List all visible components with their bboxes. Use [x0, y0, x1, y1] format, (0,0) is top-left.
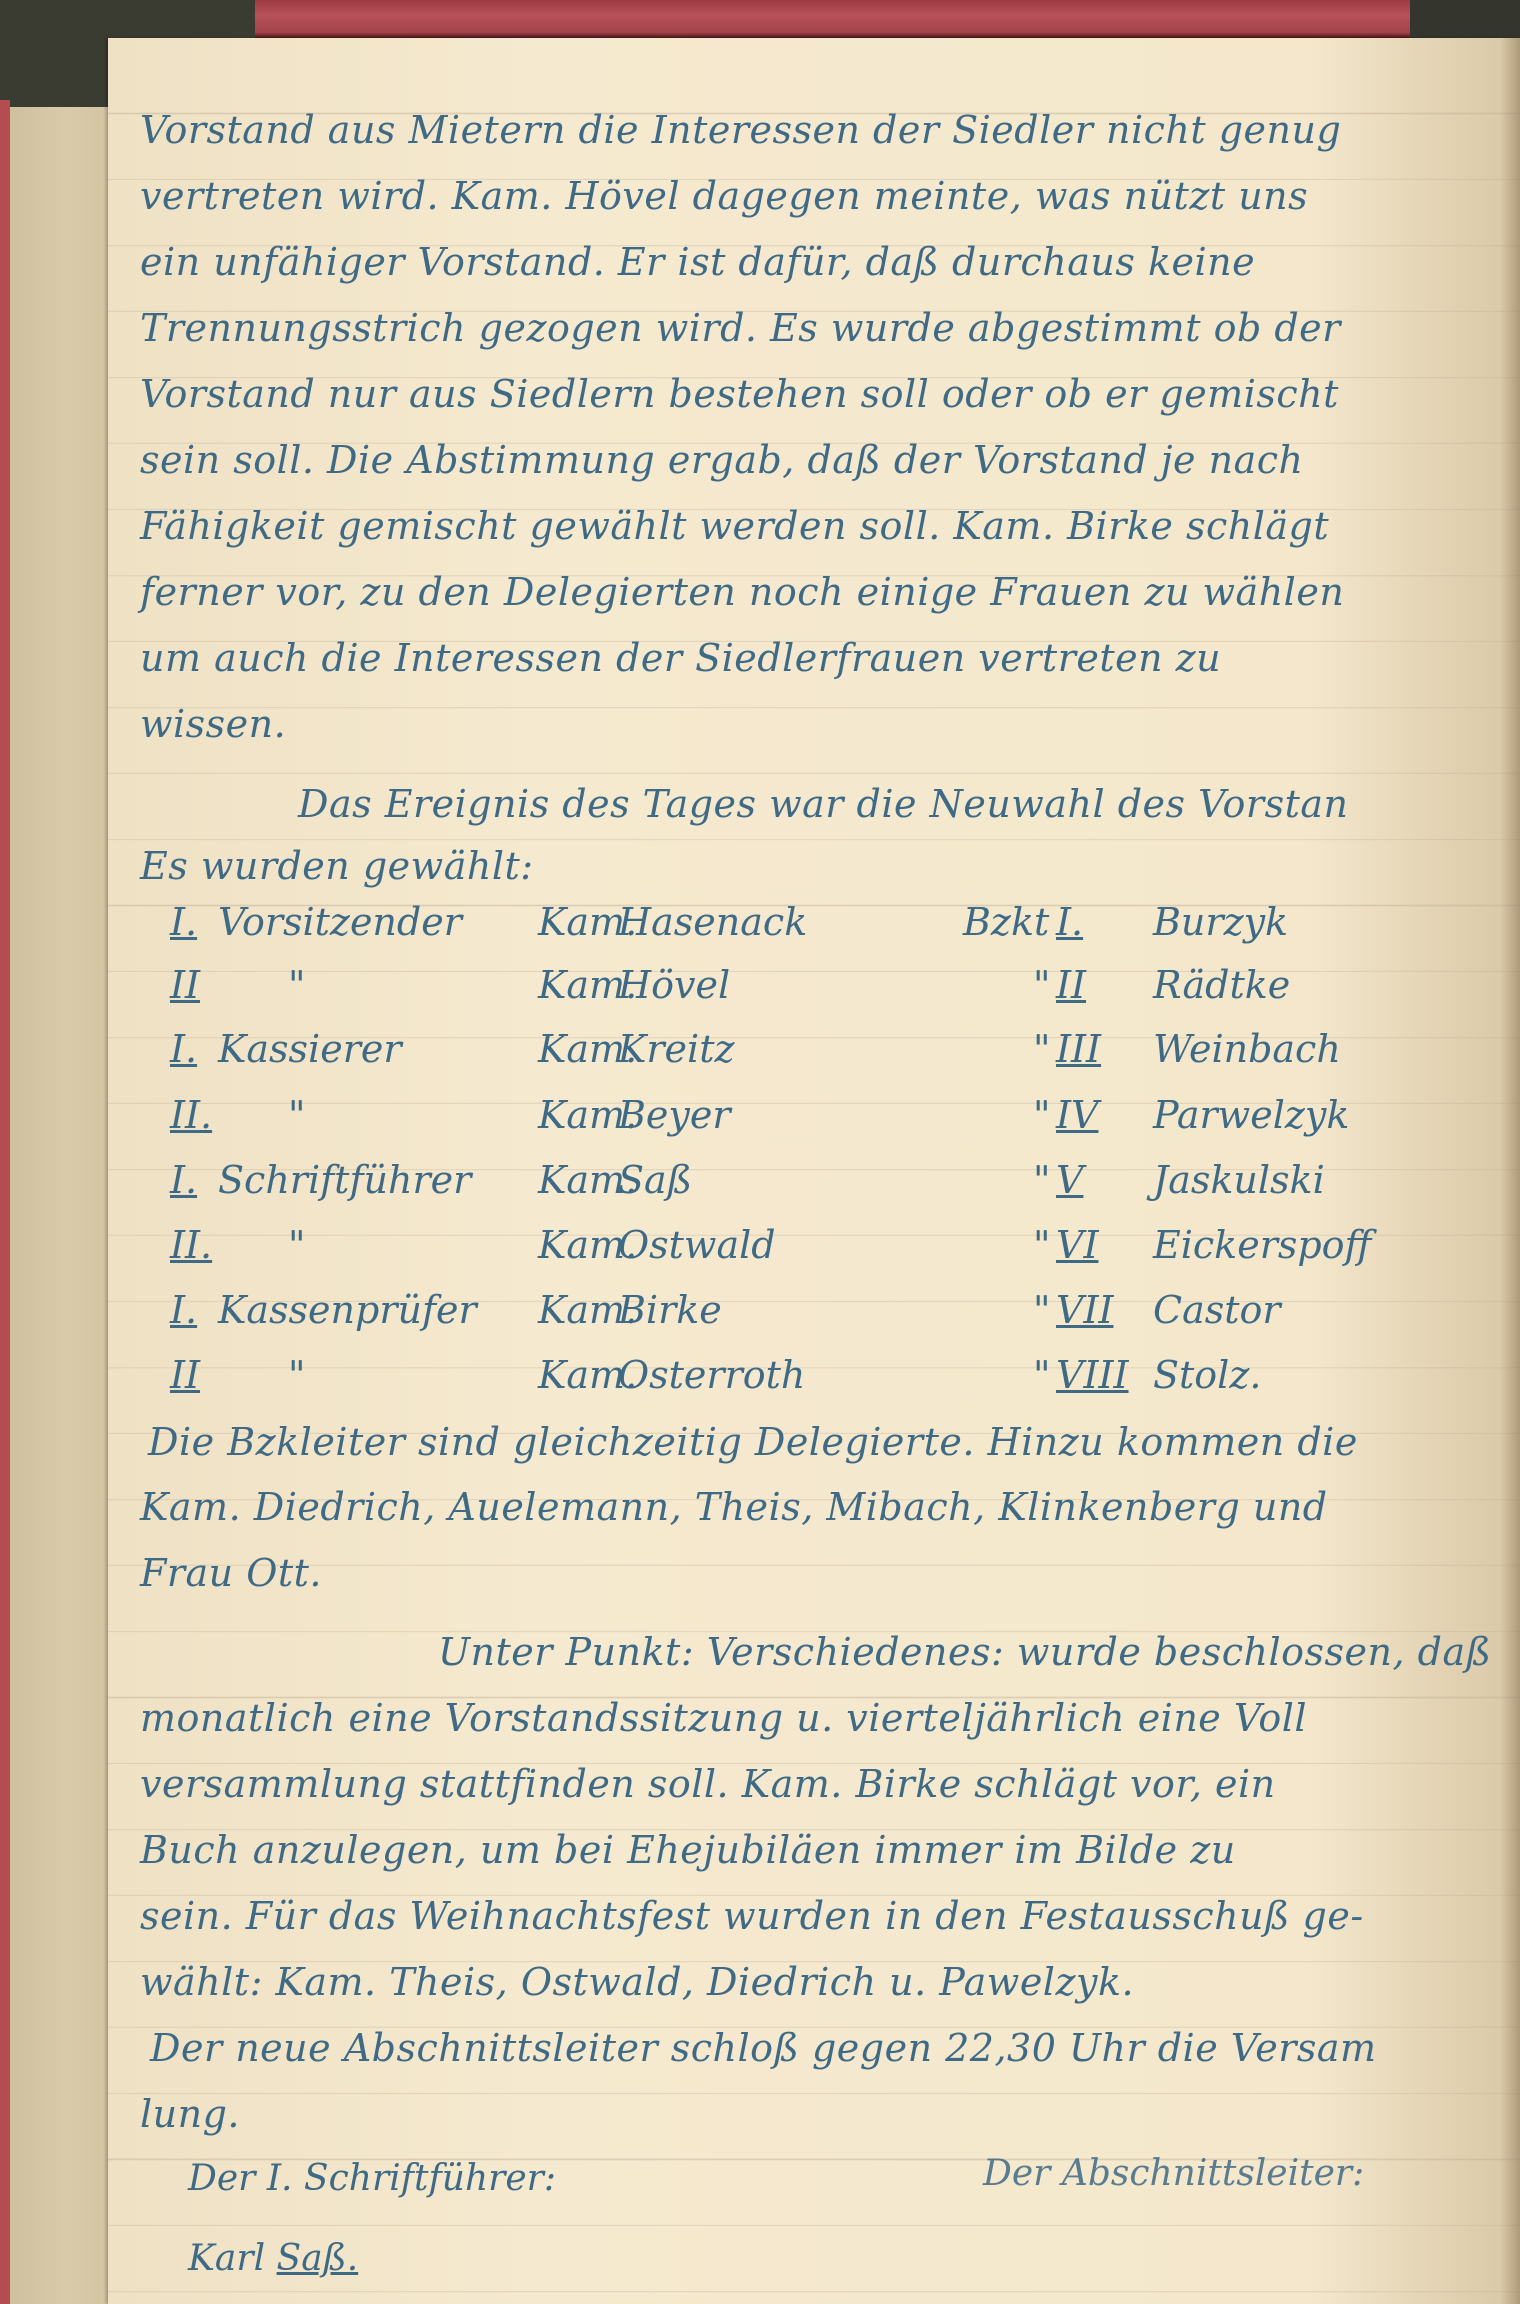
table-row: I. Kassierer Kam. Kreitz " III Weinbach [108, 1027, 1520, 1087]
signature-label-section-leader: Der Abschnittsleiter: [983, 2153, 1364, 2194]
backing-cardboard [10, 107, 108, 2304]
person-name: Saß [618, 1158, 692, 1202]
table-row: II. " Kam. Ostwald " VI Eickerspoff [108, 1223, 1520, 1283]
person-name: Hövel [618, 963, 730, 1007]
district-number: IV [1056, 1093, 1098, 1137]
text-line: Es wurden gewählt: [140, 844, 534, 888]
text-line: Unter Punkt: Verschiedenes: wurde beschl… [438, 1630, 1492, 1674]
district-label: " [1033, 1223, 1050, 1267]
office: " [288, 1093, 305, 1137]
office: " [288, 963, 305, 1007]
text-line: Fähigkeit gemischt gewählt werden soll. … [140, 504, 1329, 548]
district-number: I. [1056, 900, 1083, 944]
district-number: III [1056, 1027, 1101, 1071]
office: Schriftführer [218, 1158, 471, 1202]
person-name: Beyer [618, 1093, 731, 1137]
district-label: " [1033, 1353, 1050, 1397]
text-line: ferner vor, zu den Delegierten noch eini… [140, 570, 1344, 614]
text-line: Kam. Diedrich, Auelemann, Theis, Mibach,… [140, 1485, 1328, 1529]
album-red-edge-left [0, 100, 10, 2304]
rank: I. [170, 1027, 197, 1071]
district-number: VI [1056, 1223, 1098, 1267]
table-row: I. Kassenprüfer Kam. Birke " VII Castor [108, 1288, 1520, 1348]
text-line: wählt: Kam. Theis, Ostwald, Diedrich u. … [140, 1960, 1134, 2004]
person-name: Birke [618, 1288, 722, 1332]
text-line: Vorstand aus Mietern die Interessen der … [140, 108, 1341, 152]
text-line: Frau Ott. [140, 1551, 322, 1595]
district-label: " [1033, 1027, 1050, 1071]
text-line: um auch die Interessen der Siedlerfrauen… [140, 636, 1221, 680]
text-line: lung. [140, 2092, 240, 2136]
district-leader: Jaskulski [1153, 1158, 1325, 1202]
rank: II. [170, 1223, 212, 1267]
district-label: " [1033, 963, 1050, 1007]
signature-label-secretary: Der I. Schriftführer: [188, 2158, 556, 2199]
text-line: wissen. [140, 702, 286, 746]
district-leader: Burzyk [1153, 900, 1288, 944]
minutes-page: Vorstand aus Mietern die Interessen der … [108, 38, 1520, 2304]
table-row: II " Kam. Hövel " II Rädtke [108, 963, 1520, 1023]
text-line: monatlich eine Vorstandssitzung u. viert… [140, 1696, 1307, 1740]
text-line: Trennungsstrich gezogen wird. Es wurde a… [140, 306, 1341, 350]
person-name: Kreitz [618, 1027, 735, 1071]
district-leader: Rädtke [1153, 963, 1290, 1007]
district-number: VII [1056, 1288, 1113, 1332]
album-frame-red-edge [255, 0, 1410, 38]
office: Kassierer [218, 1027, 402, 1071]
district-label: Bzkt [963, 900, 1049, 944]
district-number: V [1056, 1158, 1083, 1202]
text-line: sein soll. Die Abstimmung ergab, daß der… [140, 438, 1304, 482]
text-line: ein unfähiger Vorstand. Er ist dafür, da… [140, 240, 1255, 284]
signature-last-name: Saß. [277, 2238, 359, 2279]
rank: II [170, 1353, 200, 1397]
district-leader: Eickerspoff [1153, 1223, 1371, 1267]
district-number: VIII [1056, 1353, 1128, 1397]
table-row: II " Kam. Osterroth " VIII Stolz. [108, 1353, 1520, 1413]
office: " [288, 1353, 305, 1397]
text-line: versammlung stattfinden soll. Kam. Birke… [140, 1762, 1276, 1806]
rank: I. [170, 1158, 197, 1202]
table-row: I. Vorsitzender Kam. Hasenack Bzkt I. Bu… [108, 900, 1520, 960]
person-name: Ostwald [618, 1223, 776, 1267]
person-name: Hasenack [618, 900, 807, 944]
district-label: " [1033, 1158, 1050, 1202]
rank: II. [170, 1093, 212, 1137]
rank: I. [170, 900, 197, 944]
person-name: Osterroth [618, 1353, 805, 1397]
office: " [288, 1223, 305, 1267]
rank: II [170, 963, 200, 1007]
district-label: " [1033, 1093, 1050, 1137]
district-leader: Stolz. [1153, 1353, 1261, 1397]
district-leader: Castor [1153, 1288, 1281, 1332]
text-line: vertreten wird. Kam. Hövel dagegen meint… [140, 174, 1308, 218]
office: Vorsitzender [218, 900, 462, 944]
district-label: " [1033, 1288, 1050, 1332]
office: Kassenprüfer [218, 1288, 477, 1332]
table-row: I. Schriftführer Kam. Saß " V Jaskulski [108, 1158, 1520, 1218]
text-line: Vorstand nur aus Siedlern bestehen soll … [140, 372, 1339, 416]
rank: I. [170, 1288, 197, 1332]
signature-first-name: Karl [188, 2238, 265, 2279]
text-line: Das Ereignis des Tages war die Neuwahl d… [298, 782, 1348, 826]
text-line: Die Bzkleiter sind gleichzeitig Delegier… [148, 1420, 1358, 1464]
text-line: sein. Für das Weihnachtsfest wurden in d… [140, 1894, 1364, 1938]
signature-secretary: Karl Saß. [188, 2238, 358, 2279]
district-leader: Weinbach [1153, 1027, 1341, 1071]
text-line: Buch anzulegen, um bei Ehejubiläen immer… [140, 1828, 1236, 1872]
text-line: Der neue Abschnittsleiter schloß gegen 2… [150, 2026, 1377, 2070]
album-frame-dark-right [1410, 0, 1520, 38]
district-leader: Parwelzyk [1153, 1093, 1349, 1137]
table-row: II. " Kam. Beyer " IV Parwelzyk [108, 1093, 1520, 1153]
district-number: II [1056, 963, 1086, 1007]
